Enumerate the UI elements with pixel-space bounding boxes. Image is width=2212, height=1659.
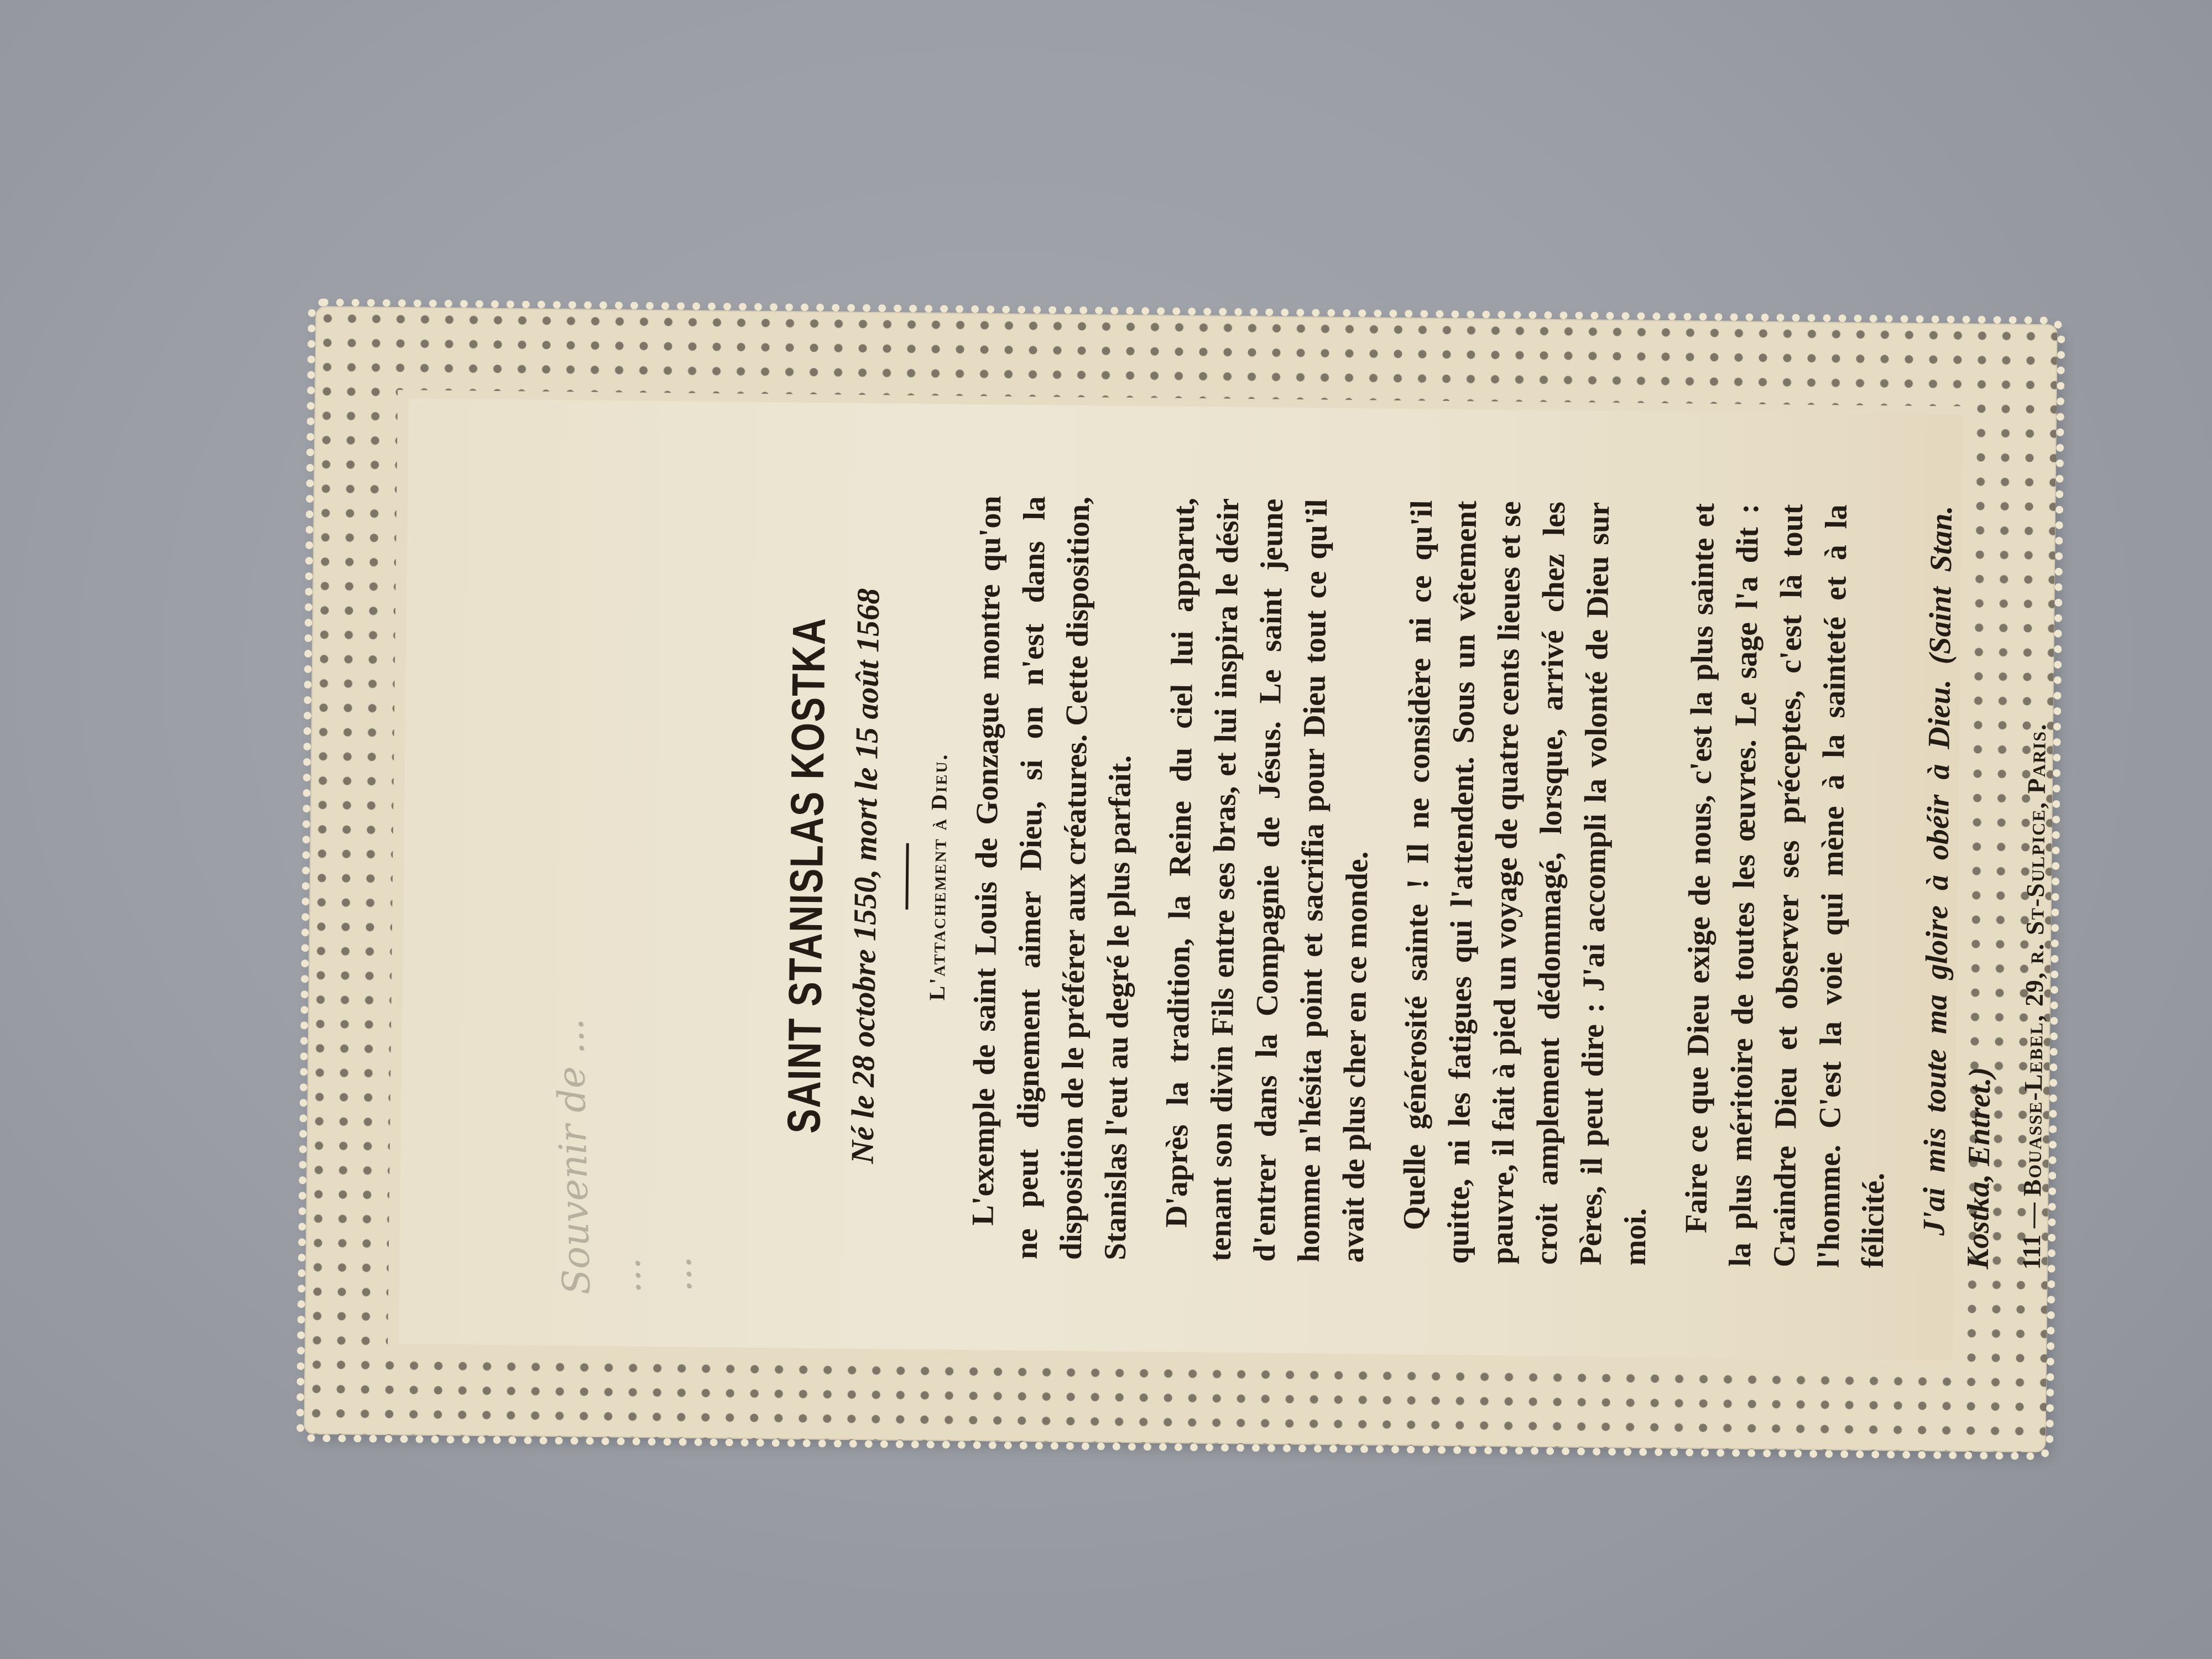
rotated-text-block: Souvenir de ... ... ... SAINT STANISLAS … — [554, 430, 1808, 1328]
saint-dates: Né le 28 octobre 1550, mort le 15 août 1… — [843, 494, 888, 1258]
paragraph: L'exemple de saint Louis de Gonzague mon… — [961, 495, 1145, 1260]
card-number: 111 — [2017, 1234, 2046, 1270]
card-content: SAINT STANISLAS KOSTKA Né le 28 octobre … — [776, 493, 2054, 1270]
holy-card: Souvenir de ... ... ... SAINT STANISLAS … — [304, 306, 2057, 1453]
quote: J'ai mis toute ma gloire à obéir à Dieu.… — [1912, 505, 2008, 1270]
paragraph: D'après la tradition, la Reine du ciel l… — [1154, 498, 1383, 1263]
footer-separator: — — [2017, 1202, 2046, 1228]
pencil-inscription: Souvenir de ... ... ... — [532, 462, 705, 1295]
divider — [905, 843, 909, 910]
publisher-name: Bouasse-Lebel, 29, r. St-Sulpice, Paris. — [2018, 723, 2051, 1197]
paragraph: Quelle générosité sainte ! Il ne considè… — [1392, 500, 1665, 1266]
paragraph: Faire ce que Dieu exige de nous, c'est l… — [1674, 503, 1903, 1268]
publisher-footer: 111 — Bouasse-Lebel, 29, r. St-Sulpice, … — [2017, 507, 2054, 1270]
card-text-panel: Souvenir de ... ... ... SAINT STANISLAS … — [399, 398, 1963, 1360]
section-heading: L'attachement à Dieu. — [921, 495, 955, 1258]
card-title: SAINT STANISLAS KOSTKA — [776, 570, 837, 1181]
